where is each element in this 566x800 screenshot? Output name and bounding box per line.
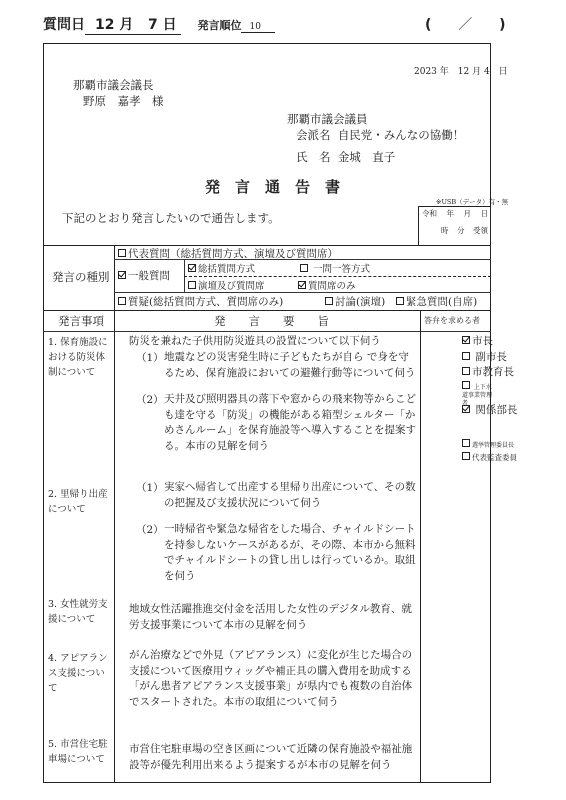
summary-1-1-num: （1）: [136, 350, 164, 365]
question-month: 12: [95, 17, 114, 33]
summary-1-intro: 防災を兼ねた子供用防災遊具の設置について以下伺う: [129, 334, 419, 350]
respondent-dept-head[interactable]: 関係部長: [462, 402, 517, 417]
sender-title: 那覇市議会議員: [287, 111, 368, 127]
question-day-label: 質問日: [43, 17, 85, 33]
summary-4: がん治療などで外見（アピアランス）に変化が生じた場合の支援について医療用ウィッグ…: [129, 648, 419, 710]
receipt-received: 受領: [473, 225, 488, 236]
mayor-checkbox[interactable]: [462, 336, 470, 344]
receipt-box-left: [418, 206, 419, 245]
option-shitsumonseki[interactable]: 質問席のみ: [298, 278, 356, 292]
option-ichimon[interactable]: 一問一答方式: [300, 261, 370, 275]
month-unit: 月: [119, 17, 133, 33]
topic-1: 1. 保育施設における防災体制について: [48, 335, 110, 380]
type-row2-rule: [114, 292, 491, 293]
option-kinkyu[interactable]: 緊急質問(自席): [396, 294, 477, 309]
summary-1-2-text: 天井及び照明器具の落下や窓からの飛来物等からこども達を守る「防災」の機能がある箱…: [164, 392, 418, 454]
question-date-line: 質問日12 月 7 日 発言順位10: [43, 14, 275, 35]
kinkyu-label: 緊急質問(自席): [406, 296, 477, 308]
summary-1-1-text: 地震などの災害発生時に子どもたちが自ら で身を守るため、保育施設においての避難行…: [164, 350, 418, 381]
sokatsu-label: 総括質問方式: [198, 264, 255, 275]
receipt-minute: 分: [457, 225, 465, 236]
shitsugi-label: 質疑(総括質問方式、質問席のみ): [128, 296, 283, 308]
table-header-rule: [43, 331, 491, 332]
page-number-field: ( ／ ): [425, 14, 506, 34]
ippan-label: 一般質問: [128, 270, 170, 282]
option-sokatsu[interactable]: 総括質問方式: [188, 261, 255, 275]
receipt-row-date: 令和 年 月 日: [422, 208, 488, 219]
summary-3: 地域女性活躍推進交付金を活用した女性のデジタル教育、就労支援事業について本市の見…: [129, 602, 419, 633]
summary-2-2-num: （2）: [136, 522, 164, 537]
faction-value: 自民党・みんなの協働！: [338, 128, 465, 142]
option-toron[interactable]: 討論(演壇): [325, 294, 385, 309]
summary-2-1-num: （1）: [136, 480, 164, 495]
usb-note: ※USB（データ）有・無: [436, 197, 508, 206]
respondent-election[interactable]: 選挙管理委員長: [462, 439, 514, 449]
member-name-line: 氏 名 金城 直子: [296, 149, 395, 165]
header-respondent: 答弁を求める者: [424, 315, 480, 326]
topic-4: 4. アピアランス支援について: [48, 651, 110, 696]
faction-label: 会派名: [296, 128, 331, 142]
daihyo-label: 代表質問（総括質問方式、演壇及び質問席）: [128, 248, 338, 260]
addressee-title: 那覇市議会議長: [73, 77, 154, 93]
day-unit: 日: [163, 17, 177, 33]
sokatsu-checkbox[interactable]: [188, 264, 196, 272]
ippan-dashed-rule: [184, 276, 491, 277]
toron-label: 討論(演壇): [335, 296, 385, 308]
education-label: 市教育長: [472, 366, 514, 378]
respondent-vice-mayor[interactable]: 副市長: [462, 349, 507, 364]
mayor-label: 市長: [472, 335, 493, 347]
receipt-day: 日: [481, 208, 489, 219]
header-summary: 発 言 要 旨: [214, 313, 329, 329]
shitsumonseki-checkbox[interactable]: [298, 281, 306, 289]
summary-2-1-text: 実家へ帰省して出産する里帰り出産について、その数の把握及び支援状況について伺う: [164, 480, 418, 511]
receipt-era: 令和: [422, 208, 437, 219]
dept-head-label: 関係部長: [475, 404, 517, 416]
page-slash: ／: [458, 17, 472, 33]
col1-divider: [114, 245, 115, 783]
kinkyu-checkbox[interactable]: [396, 297, 404, 305]
notice-text: 下記のとおり発言したいので通告します。: [62, 210, 280, 226]
header-topic: 発言事項: [58, 313, 104, 329]
paren-close: ): [499, 17, 505, 33]
question-date-value: 12 月 7 日: [85, 14, 181, 35]
shitsumonseki-label: 質問席のみ: [308, 281, 356, 292]
endan-label: 演壇及び質問席: [198, 281, 265, 292]
addressee-name: 野原 嘉孝 様: [83, 93, 164, 109]
ichimon-label: 一問一答方式: [313, 264, 370, 275]
ichimon-checkbox[interactable]: [300, 264, 308, 272]
type-label: 発言の種別: [52, 269, 110, 285]
document-title: 発 言 通 告 書: [205, 176, 340, 197]
vice-mayor-checkbox[interactable]: [462, 352, 470, 360]
summary-2-2-text: 一時帰省や緊急な帰省をした場合、チャイルドシートを持参しないケースがあるが、その…: [164, 522, 418, 584]
table-top-rule: [43, 310, 491, 311]
education-checkbox[interactable]: [462, 367, 470, 375]
order-label: 発言順位: [197, 19, 241, 32]
receipt-hour: 時: [441, 225, 449, 236]
name-value: 金城 直子: [338, 150, 396, 164]
endan-checkbox[interactable]: [188, 281, 196, 289]
receipt-month: 月: [464, 208, 472, 219]
auditor-checkbox[interactable]: [462, 452, 470, 460]
option-daihyo[interactable]: 代表質問（総括質問方式、演壇及び質問席）: [118, 246, 338, 261]
shitsugi-checkbox[interactable]: [118, 297, 126, 305]
summary-1-2-num: （2）: [136, 392, 164, 407]
ippan-checkbox[interactable]: [118, 271, 126, 279]
vice-mayor-label: 副市長: [475, 351, 507, 363]
option-endan[interactable]: 演壇及び質問席: [188, 278, 265, 292]
auditor-label: 代表監査委員: [472, 453, 517, 462]
respondent-mayor[interactable]: 市長: [462, 333, 493, 348]
col3-divider: [420, 310, 421, 783]
order-value: 10: [241, 22, 274, 33]
faction-line: 会派名 自民党・みんなの協働！: [296, 127, 464, 143]
topic-3: 3. 女性就労支援について: [48, 597, 110, 627]
election-label: 選挙管理委員長: [472, 442, 514, 449]
name-label: 氏 名: [296, 150, 331, 164]
receipt-row-time: 時 分 受領: [441, 225, 488, 236]
topic-5: 5. 市営住宅駐車場について: [48, 737, 110, 767]
toron-checkbox[interactable]: [325, 297, 333, 305]
respondent-education[interactable]: 市教育長: [462, 364, 514, 379]
dept-head-checkbox[interactable]: [462, 405, 470, 413]
topic-2: 2. 里帰り出産について: [48, 487, 110, 517]
option-ippan[interactable]: 一般質問: [118, 268, 170, 283]
election-checkbox[interactable]: [462, 439, 470, 447]
water-checkbox[interactable]: [462, 381, 470, 389]
respondent-auditor[interactable]: 代表監査委員: [462, 452, 517, 463]
receipt-box-top: [418, 206, 491, 207]
daihyo-checkbox[interactable]: [118, 249, 126, 257]
submission-date: 2023 年 12 月 4 日: [414, 64, 508, 77]
paren-open: (: [425, 17, 431, 33]
option-shitsugi[interactable]: 質疑(総括質問方式、質問席のみ): [118, 294, 283, 309]
receipt-year: 年: [447, 208, 455, 219]
question-day: 7: [148, 17, 158, 33]
summary-5: 市営住宅駐車場の空き区画について近隣の保育施設や福祉施設等が優先利用出来るよう提…: [129, 742, 419, 773]
